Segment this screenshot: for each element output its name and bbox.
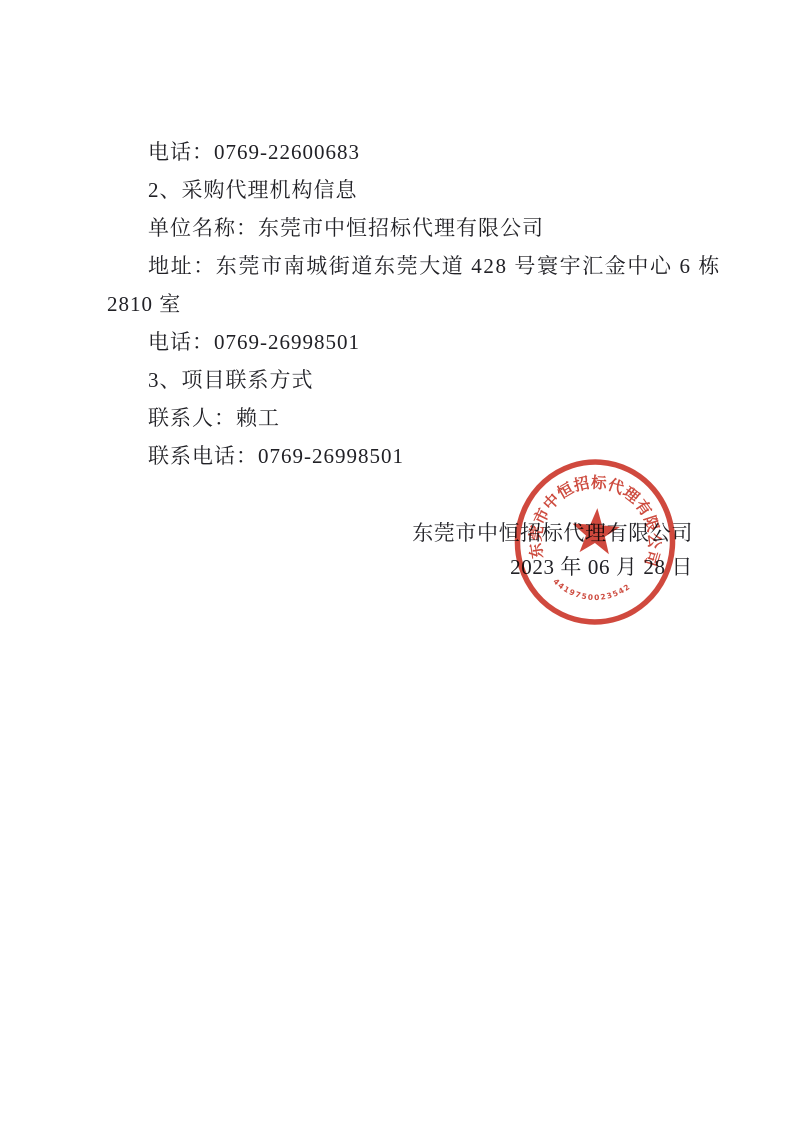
- body-line-contact-person: 联系人：赖工: [107, 399, 707, 437]
- company-seal-stamp: 东莞市中恒招标代理有限公司 4419750023542: [504, 451, 685, 632]
- svg-text:4419750023542: 4419750023542: [550, 576, 633, 604]
- body-line-phone-2: 电话：0769-26998501: [107, 323, 707, 361]
- seal-serial-number: 4419750023542: [550, 576, 633, 604]
- body-line-address-continued: 2810 室: [107, 285, 707, 323]
- star-icon: [570, 506, 621, 554]
- document-page: 电话：0769-22600683 2、采购代理机构信息 单位名称：东莞市中恒招标…: [0, 0, 793, 1122]
- body-line-address: 地址：东莞市南城街道东莞大道 428 号寰宇汇金中心 6 栋: [107, 247, 707, 285]
- body-line-section-3-heading: 3、项目联系方式: [107, 361, 707, 399]
- body-line-phone-1: 电话：0769-22600683: [107, 133, 707, 171]
- body-line-org-name: 单位名称：东莞市中恒招标代理有限公司: [107, 209, 707, 247]
- document-body: 电话：0769-22600683 2、采购代理机构信息 单位名称：东莞市中恒招标…: [107, 133, 707, 475]
- body-line-section-2-heading: 2、采购代理机构信息: [107, 171, 707, 209]
